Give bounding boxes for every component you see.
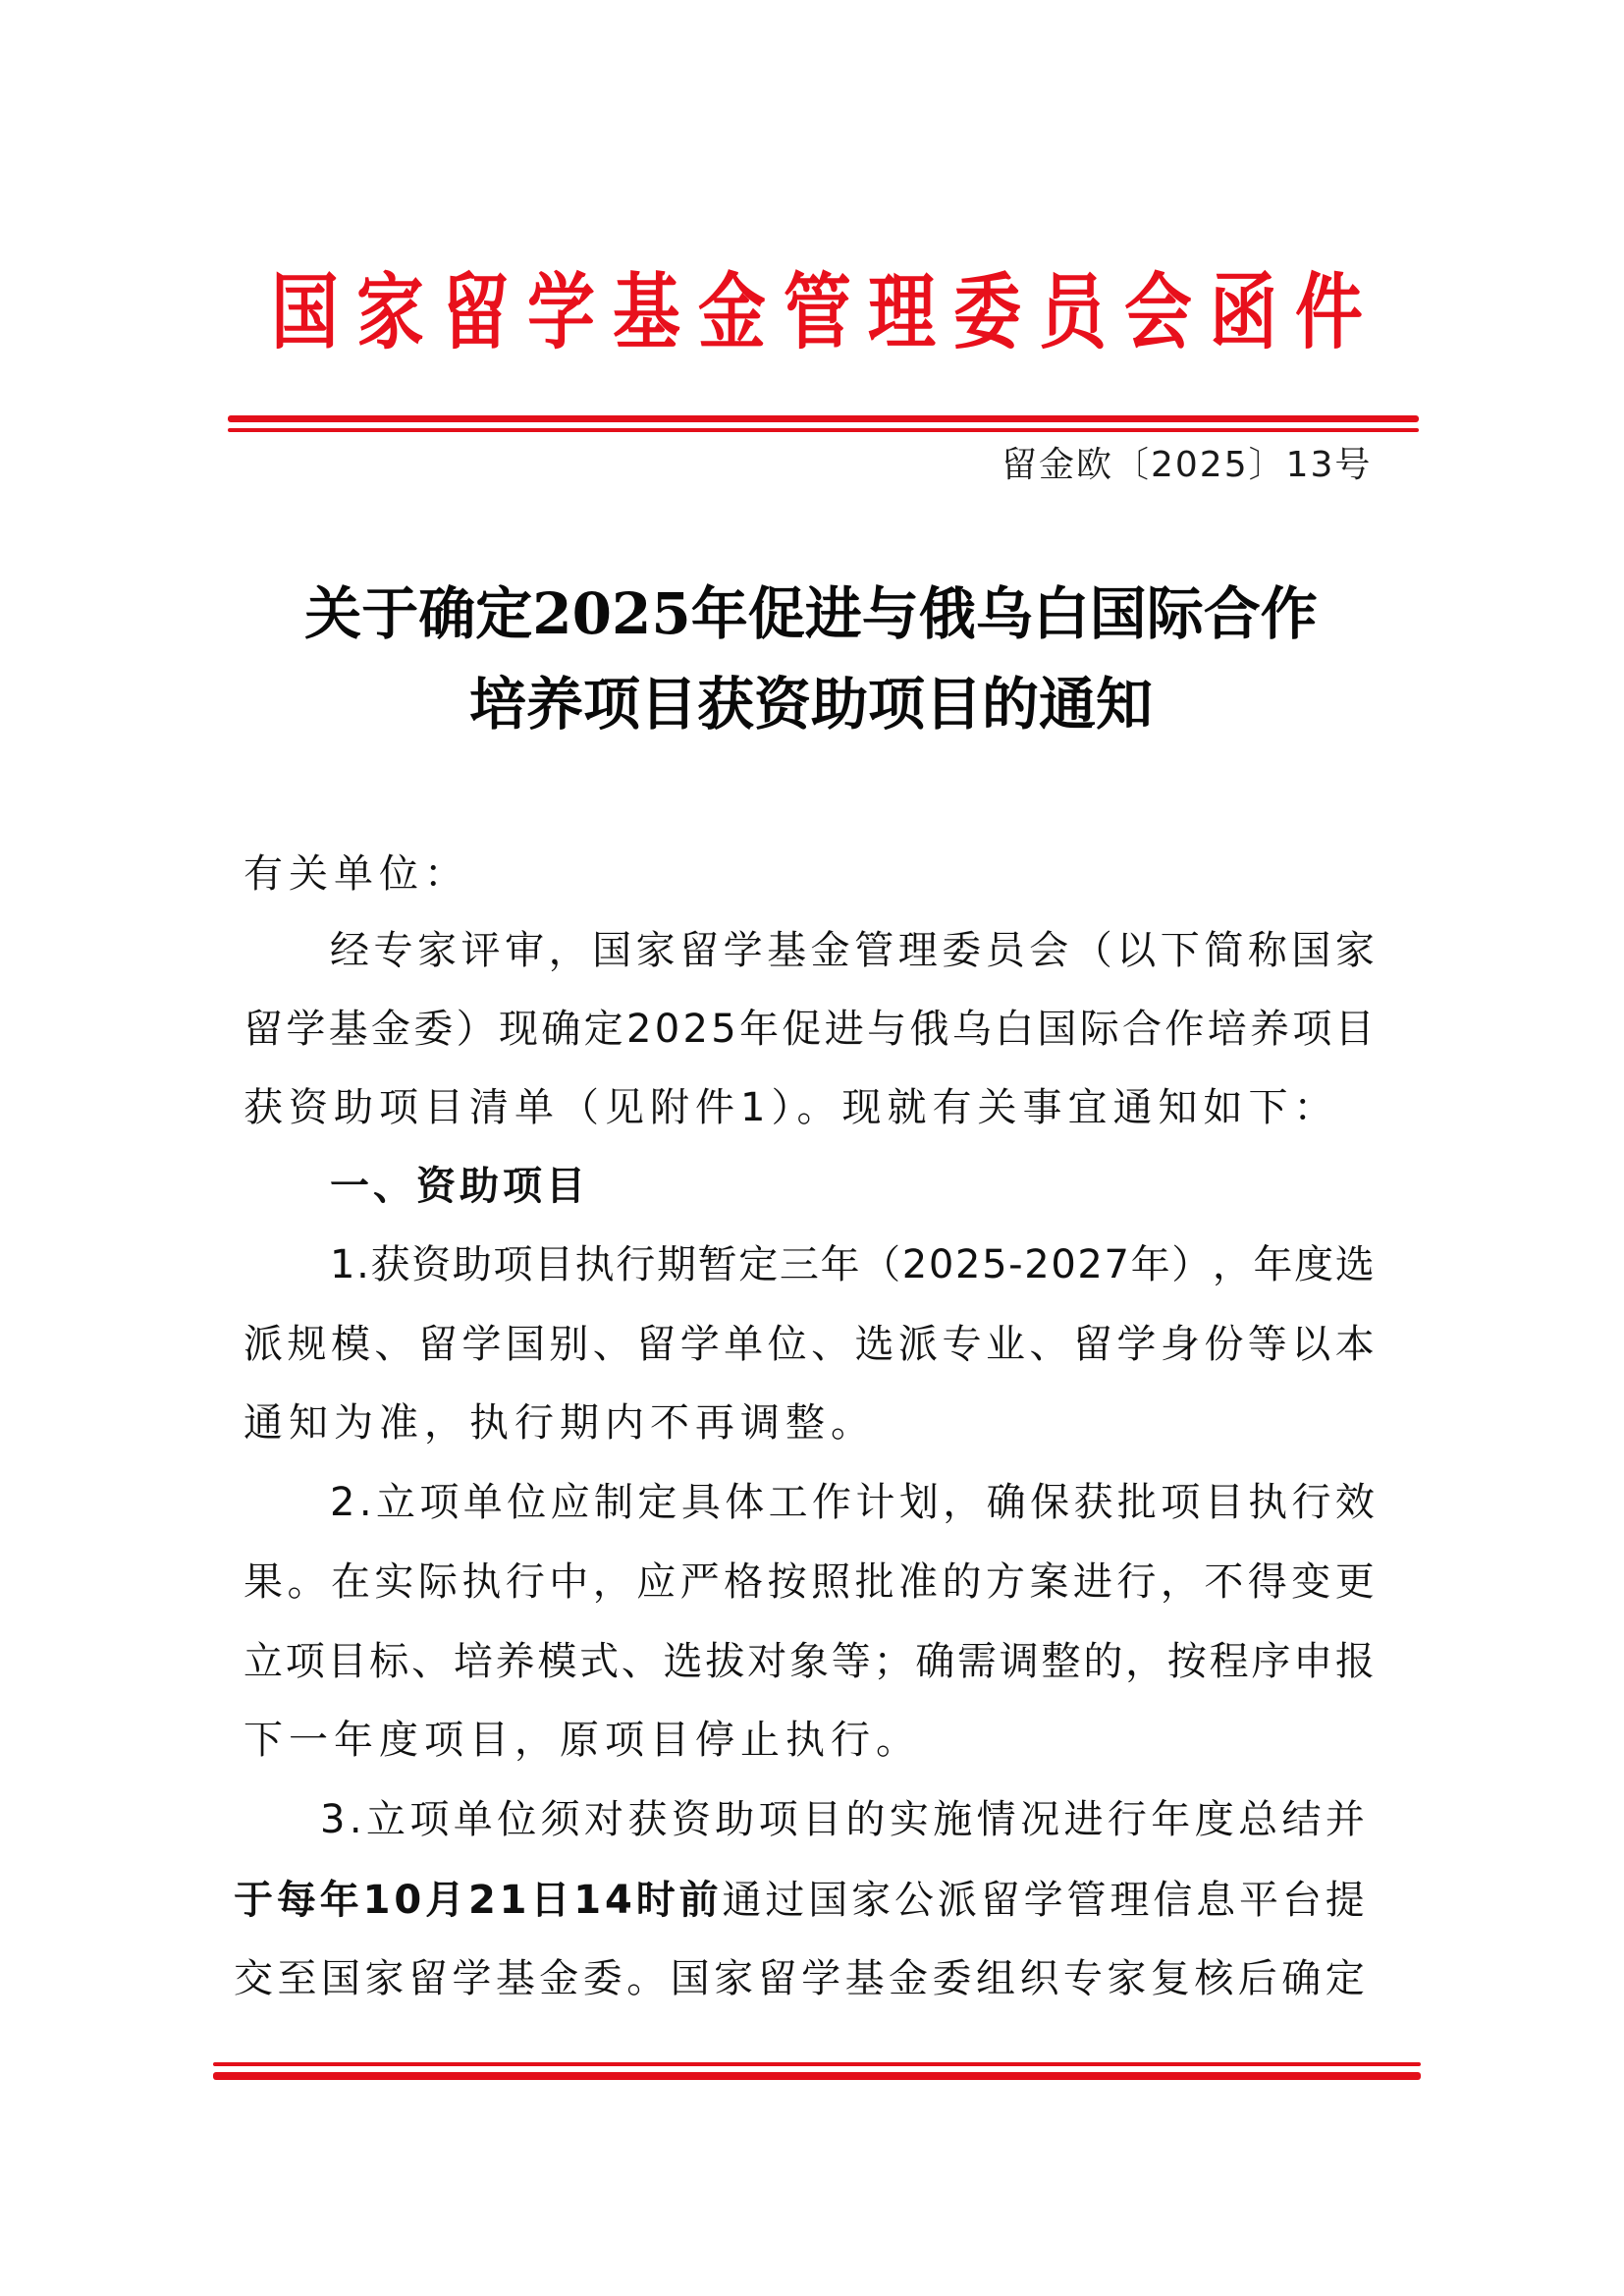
text-char: 金: [811, 921, 850, 980]
text-char: 效: [1335, 1473, 1375, 1532]
text-char: 、: [374, 1315, 413, 1374]
text-char: 学: [801, 1949, 840, 2008]
text-char: 定: [738, 1235, 778, 1294]
text-char: 管: [1066, 1871, 1106, 1930]
text-char: 信: [1153, 1871, 1192, 1930]
footer-rule-thick: [213, 2072, 1421, 2080]
text-char: 称: [1248, 921, 1287, 980]
item3-line-2: 于每年10月21日14时前通过国家公派留学管理信息平台提: [234, 1871, 1365, 1930]
text-char: 、: [811, 1315, 850, 1374]
text-char: 养: [1250, 1000, 1289, 1059]
text-char: 会: [1029, 921, 1068, 980]
text-char: 具: [681, 1473, 721, 1532]
text-char: 选: [1335, 1235, 1375, 1294]
text-char: 国: [506, 1315, 545, 1374]
deadline-bold-char: 2: [468, 1871, 496, 1930]
text-char: 获: [370, 1235, 409, 1294]
text-char: 、: [1029, 1315, 1068, 1374]
text-char: 核: [1194, 1949, 1233, 2008]
text-char: 业: [986, 1315, 1025, 1374]
deadline-bold-char: 每: [277, 1871, 316, 1930]
text-char: 组: [976, 1949, 1015, 2008]
text-char: 申: [1293, 1632, 1332, 1691]
text-char: 基: [845, 1949, 885, 2008]
text-char: 学: [286, 1000, 325, 1059]
item1-line-3: 通知为准，执行期内不再调整。: [244, 1394, 1375, 1452]
text-char: 批: [1117, 1473, 1157, 1532]
text-char: 家: [364, 1949, 404, 2008]
text-char: 留: [408, 1949, 448, 2008]
text-char: 严: [680, 1553, 720, 1612]
deadline-bold-char: 日: [530, 1871, 569, 1930]
text-char: 照: [811, 1553, 850, 1612]
text-char: 家: [851, 1871, 891, 1930]
text-char: 织: [1019, 1949, 1058, 2008]
text-char: 金: [539, 1949, 578, 2008]
text-char: 过: [765, 1871, 804, 1930]
text-char: 别: [549, 1315, 588, 1374]
text-char: 作: [1164, 1000, 1204, 1059]
text-char: ；: [873, 1632, 912, 1691]
text-char: 划: [899, 1473, 939, 1532]
text-char: 进: [1063, 1790, 1103, 1849]
text-char: 目: [534, 1235, 573, 1294]
text-char: 按: [768, 1553, 807, 1612]
text-char: 学: [724, 921, 763, 980]
text-char: 计: [855, 1473, 894, 1532]
text-char: 留: [1073, 1315, 1112, 1374]
text-char: 留: [981, 1871, 1020, 1930]
deadline-bold-char: 0: [394, 1871, 421, 1930]
text-char: 学: [1024, 1871, 1063, 1930]
header-rule-thick: [228, 415, 1419, 422]
deadline-bold-char: 4: [605, 1871, 632, 1930]
text-char: 获: [627, 1790, 667, 1849]
text-char: 通: [722, 1871, 761, 1930]
deadline-bold-char: 1: [500, 1871, 527, 1930]
text-char: 需: [957, 1632, 997, 1691]
text-char: 理: [898, 921, 938, 980]
text-char: 委: [413, 1000, 453, 1059]
text-char: 项: [409, 1790, 449, 1849]
notice-title-line-2: 培养项目获资助项目的通知: [457, 670, 1165, 738]
text-char: 单: [454, 1790, 493, 1849]
text-char: 2: [1077, 1235, 1102, 1294]
text-char: 专: [374, 921, 413, 980]
text-char: 在: [331, 1553, 370, 1612]
item2-line-3: 立项目标、培养模式、选拔对象等；确需调整的，按程序申报: [244, 1632, 1375, 1691]
intro-line-2: 留学基金委）现确定2025年促进与俄乌白国际合作培养项目: [244, 1000, 1375, 1059]
text-char: 规: [287, 1315, 326, 1374]
salutation: 有关单位：: [244, 845, 1375, 903]
text-char: 助: [453, 1235, 492, 1294]
text-char: 助: [715, 1790, 754, 1849]
text-char: .: [350, 1790, 362, 1849]
text-char: ，: [943, 1473, 982, 1532]
text-char: ，: [593, 1553, 632, 1612]
text-char: 经: [330, 921, 369, 980]
text-char: 模: [537, 1632, 576, 1691]
text-char: 中: [549, 1553, 588, 1612]
text-char: 基: [329, 1000, 368, 1059]
text-char: 2: [1024, 1235, 1049, 1294]
text-char: 年: [1151, 1790, 1190, 1849]
text-char: 期: [657, 1235, 696, 1294]
text-char: 获: [1073, 1473, 1112, 1532]
text-char: 的: [1083, 1632, 1122, 1691]
text-char: ）: [1171, 1235, 1211, 1294]
text-char: 复: [1151, 1949, 1190, 2008]
text-char: （: [1073, 921, 1112, 980]
text-char: 的: [845, 1790, 885, 1849]
deadline-bold-char: 1: [363, 1871, 391, 1930]
text-char: 年: [1131, 1235, 1170, 1294]
text-char: 准: [898, 1553, 938, 1612]
header-rule-thin: [228, 428, 1419, 432]
item2-line-2: 果。在实际执行中，应严格按照批准的方案进行，不得变更: [244, 1553, 1375, 1612]
text-char: 基: [767, 921, 806, 980]
text-char: 体: [725, 1473, 764, 1532]
text-char: 评: [461, 921, 501, 980]
text-char: 本: [1335, 1315, 1375, 1374]
text-char: 目: [1335, 1000, 1375, 1059]
text-char: 5: [711, 1000, 735, 1059]
deadline-bold-char: 年: [320, 1871, 359, 1930]
text-char: 理: [1110, 1871, 1149, 1930]
text-char: 得: [1248, 1553, 1287, 1612]
text-char: 年: [821, 1235, 860, 1294]
text-char: 目: [1205, 1473, 1244, 1532]
text-char: 国: [592, 921, 631, 980]
text-char: 标: [369, 1632, 408, 1691]
text-char: 调: [1000, 1632, 1039, 1691]
notice-title-line-1: 关于确定2025年促进与俄乌白国际合作: [295, 579, 1327, 648]
text-char: 后: [1238, 1949, 1277, 2008]
text-char: 下: [1161, 921, 1200, 980]
text-char: 应: [551, 1473, 590, 1532]
text-char: 0: [655, 1000, 679, 1059]
intro-line-3: 获资助项目清单（见附件1）。现就有关事宜通知如下：: [244, 1078, 1375, 1137]
text-char: 定: [637, 1473, 677, 1532]
text-char: ，: [1125, 1632, 1164, 1691]
text-char: 制: [594, 1473, 633, 1532]
text-char: 行: [506, 1553, 545, 1612]
text-char: 、: [411, 1632, 451, 1691]
text-char: 立: [366, 1790, 406, 1849]
letterhead-char: 函: [1210, 263, 1279, 361]
text-char: 况: [1020, 1790, 1059, 1849]
text-char: 定: [584, 1000, 623, 1059]
text-char: -: [1008, 1235, 1022, 1294]
text-char: 总: [1238, 1790, 1277, 1849]
text-char: 选: [855, 1315, 894, 1374]
item1-line-2: 派规模、留学国别、留学单位、选派专业、留学身份等以本: [244, 1315, 1375, 1374]
text-char: ，: [1213, 1235, 1252, 1294]
text-char: 不: [1204, 1553, 1243, 1612]
text-char: 进: [825, 1000, 864, 1059]
text-char: 5: [982, 1235, 1006, 1294]
text-char: 等: [832, 1632, 871, 1691]
text-char: 家: [417, 921, 457, 980]
deadline-bold-char: 于: [234, 1871, 273, 1930]
text-char: 确: [915, 1632, 954, 1691]
text-char: 员: [986, 921, 1025, 980]
text-char: 际: [1080, 1000, 1119, 1059]
text-char: 留: [636, 1315, 676, 1374]
text-char: 目: [328, 1632, 367, 1691]
text-char: 项: [493, 1235, 532, 1294]
text-char: 0: [1051, 1235, 1075, 1294]
text-char: 等: [1248, 1315, 1287, 1374]
text-char: 工: [769, 1473, 808, 1532]
text-char: 项: [419, 1473, 459, 1532]
text-char: 管: [854, 921, 893, 980]
text-char: 行: [1108, 1790, 1147, 1849]
item1-line-1: 1.获资助项目执行期暂定三年（2025-2027年），年度选: [330, 1235, 1375, 1294]
text-char: 2: [683, 1000, 708, 1059]
text-char: 留: [758, 1949, 797, 2008]
text-char: 批: [855, 1553, 894, 1612]
text-char: .: [356, 1235, 369, 1294]
letterhead-char: 委: [953, 263, 1023, 361]
text-char: 格: [724, 1553, 763, 1612]
letterhead-char: 学: [527, 263, 597, 361]
text-char: 家: [1107, 1949, 1146, 2008]
text-char: 暂: [698, 1235, 737, 1294]
text-char: 2: [955, 1235, 980, 1294]
text-char: 对: [747, 1632, 786, 1691]
item3-line-1: 3.立项单位须对获资助项目的实施情况进行年度总结并: [320, 1790, 1365, 1849]
document-number: 留金欧〔2025〕13号: [1001, 440, 1372, 491]
text-char: 执: [461, 1553, 501, 1612]
text-char: 1: [330, 1235, 354, 1294]
text-char: 立: [244, 1632, 283, 1691]
text-char: 位: [507, 1473, 546, 1532]
text-char: 乌: [952, 1000, 992, 1059]
text-char: 情: [977, 1790, 1016, 1849]
text-char: 金: [371, 1000, 410, 1059]
item2-line-1: 2.立项单位应制定具体工作计划，确保获批项目执行效: [330, 1473, 1375, 1532]
deadline-bold-char: 月: [425, 1871, 464, 1930]
text-char: 序: [1251, 1632, 1290, 1691]
text-char: 施: [933, 1790, 972, 1849]
letterhead-char: 金: [698, 263, 768, 361]
text-char: 结: [1282, 1790, 1322, 1849]
text-char: 目: [802, 1790, 841, 1849]
text-char: 留: [418, 1315, 458, 1374]
text-char: 白: [995, 1000, 1034, 1059]
letterhead-char: 家: [356, 263, 426, 361]
text-char: 息: [1196, 1871, 1235, 1930]
section-heading-funded-projects: 一、资助项目: [330, 1157, 1375, 1216]
text-char: 专: [943, 1315, 982, 1374]
text-char: 确: [541, 1000, 580, 1059]
letterhead-char: 会: [1124, 263, 1194, 361]
text-char: 、: [622, 1632, 661, 1691]
text-char: ，: [549, 921, 588, 980]
deadline-bold-char: 1: [573, 1871, 601, 1930]
text-char: 。: [287, 1553, 326, 1612]
text-char: 须: [541, 1790, 580, 1849]
text-char: 变: [1291, 1553, 1330, 1612]
text-char: 学: [1116, 1315, 1156, 1374]
text-char: 执: [1248, 1473, 1287, 1532]
text-char: 报: [1335, 1632, 1375, 1691]
text-char: 2: [330, 1473, 354, 1532]
text-char: 国: [1291, 921, 1330, 980]
text-char: 家: [714, 1949, 753, 2008]
text-char: 项: [1292, 1000, 1331, 1059]
text-char: 7: [1105, 1235, 1129, 1294]
intro-line-1: 经专家评审，国家留学基金管理委员会（以下简称国家: [330, 921, 1375, 980]
text-char: 进: [1073, 1553, 1112, 1612]
text-char: 基: [496, 1949, 535, 2008]
text-char: 以: [1116, 921, 1156, 980]
text-char: 合: [1122, 1000, 1162, 1059]
text-char: 资: [411, 1235, 451, 1294]
text-char: 份: [1204, 1315, 1243, 1374]
text-char: 选: [664, 1632, 703, 1691]
text-char: 位: [497, 1790, 536, 1849]
text-char: 平: [1239, 1871, 1278, 1930]
text-char: 对: [584, 1790, 623, 1849]
text-char: 程: [1210, 1632, 1249, 1691]
item3-line-3: 交至国家留学基金委。国家留学基金委组织专家复核后确定: [234, 1949, 1365, 2008]
text-char: 国: [671, 1949, 710, 2008]
text-char: 至: [277, 1949, 316, 2008]
deadline-bold-char: 时: [636, 1871, 676, 1930]
text-char: 按: [1167, 1632, 1207, 1691]
text-char: 促: [782, 1000, 821, 1059]
letterhead-char: 员: [1039, 263, 1109, 361]
letterhead-char: 理: [868, 263, 938, 361]
text-char: 拔: [705, 1632, 744, 1691]
text-char: 培: [1208, 1000, 1247, 1059]
text-char: 派: [938, 1871, 977, 1930]
text-char: 台: [1282, 1871, 1322, 1930]
text-char: 三: [780, 1235, 819, 1294]
text-char: 身: [1161, 1315, 1200, 1374]
text-char: 式: [579, 1632, 619, 1691]
text-char: 派: [898, 1315, 938, 1374]
text-char: （: [861, 1235, 900, 1294]
text-char: 公: [894, 1871, 934, 1930]
text-char: 模: [331, 1315, 370, 1374]
text-char: 3: [320, 1790, 345, 1849]
text-char: 养: [496, 1632, 535, 1691]
text-char: 确: [1281, 1949, 1321, 2008]
text-char: 度: [1195, 1790, 1234, 1849]
deadline-bold-char: 前: [679, 1871, 719, 1930]
text-char: 国: [808, 1871, 847, 1930]
letterhead-char: 件: [1295, 263, 1365, 361]
text-char: 方: [986, 1553, 1025, 1612]
text-char: 培: [454, 1632, 493, 1691]
text-char: 整: [1042, 1632, 1081, 1691]
text-char: 与: [867, 1000, 906, 1059]
text-char: 果: [244, 1553, 283, 1612]
letterhead-char: 留: [442, 263, 512, 361]
item2-line-4: 下一年度项目，原项目停止执行。: [244, 1711, 1375, 1770]
text-char: 委: [583, 1949, 623, 2008]
text-char: 简: [1204, 921, 1243, 980]
text-char: 。: [626, 1949, 666, 2008]
text-char: 资: [672, 1790, 711, 1849]
text-char: 位: [768, 1315, 807, 1374]
text-char: 应: [636, 1553, 676, 1612]
text-char: 留: [679, 921, 719, 980]
text-char: ，: [1161, 1553, 1200, 1612]
text-char: 专: [1063, 1949, 1103, 2008]
text-char: 0: [929, 1235, 953, 1294]
text-char: ）: [457, 1000, 496, 1059]
text-char: 执: [575, 1235, 615, 1294]
text-char: 单: [463, 1473, 503, 1532]
text-char: .: [359, 1473, 372, 1532]
text-char: 更: [1335, 1553, 1375, 1612]
text-char: 定: [1326, 1949, 1365, 2008]
text-char: 保: [1030, 1473, 1069, 1532]
text-char: 单: [724, 1315, 763, 1374]
text-char: 际: [418, 1553, 458, 1612]
text-char: 委: [933, 1949, 972, 2008]
text-char: 项: [759, 1790, 798, 1849]
text-char: 2: [902, 1235, 927, 1294]
text-char: 项: [1161, 1473, 1200, 1532]
text-char: 学: [461, 1315, 501, 1374]
text-char: 委: [942, 921, 981, 980]
text-char: 学: [452, 1949, 491, 2008]
text-char: 家: [1335, 921, 1375, 980]
text-char: 案: [1029, 1553, 1068, 1612]
letterhead-title: 国家留学基金管理委员会函件: [271, 263, 1380, 361]
text-char: 并: [1326, 1790, 1365, 1849]
text-char: 国: [1037, 1000, 1076, 1059]
text-char: 年: [739, 1000, 779, 1059]
text-char: 提: [1326, 1871, 1365, 1930]
text-char: 行: [616, 1235, 655, 1294]
text-char: 年: [1254, 1235, 1293, 1294]
text-char: 、: [593, 1315, 632, 1374]
text-char: 度: [1294, 1235, 1333, 1294]
letterhead-char: 管: [784, 263, 853, 361]
text-char: 象: [789, 1632, 829, 1691]
text-char: 现: [499, 1000, 538, 1059]
text-char: 留: [244, 1000, 283, 1059]
text-char: 以: [1291, 1315, 1330, 1374]
text-char: 2: [626, 1000, 651, 1059]
text-char: 项: [286, 1632, 325, 1691]
text-char: 确: [987, 1473, 1026, 1532]
letterhead-char: 国: [271, 263, 341, 361]
text-char: 实: [374, 1553, 413, 1612]
text-char: 金: [889, 1949, 928, 2008]
text-char: 行: [1116, 1553, 1156, 1612]
text-char: 交: [234, 1949, 273, 2008]
text-char: 派: [244, 1315, 283, 1374]
text-char: 实: [890, 1790, 929, 1849]
footer-rule-thin: [213, 2062, 1421, 2066]
text-char: 俄: [909, 1000, 948, 1059]
text-char: 国: [321, 1949, 360, 2008]
text-char: 作: [812, 1473, 851, 1532]
text-char: 审: [505, 921, 544, 980]
text-char: 家: [636, 921, 676, 980]
letterhead-char: 基: [613, 263, 682, 361]
text-char: 立: [376, 1473, 415, 1532]
text-char: 学: [680, 1315, 720, 1374]
text-char: 行: [1292, 1473, 1331, 1532]
